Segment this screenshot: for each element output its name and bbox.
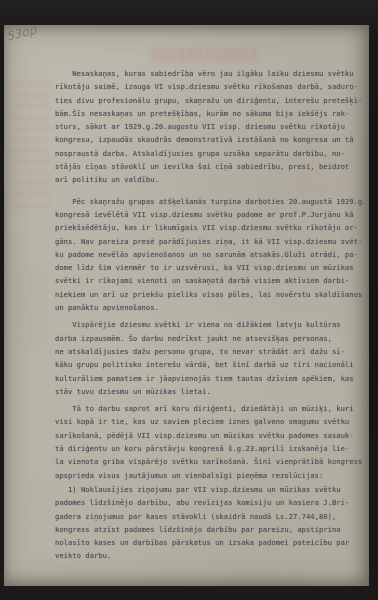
paragraph: 1) Noklausījies ziņojumu par VII visp.dz…: [55, 483, 361, 563]
typewritten-text-block: Nesaskaņas, kuras sabiedrība vēro jau il…: [55, 67, 361, 569]
bleedthrough-smudge: [152, 49, 260, 62]
paragraph: Nesaskaņas, kuras sabiedrība vēro jau il…: [55, 67, 361, 187]
pencil-annotation: 53op: [6, 22, 37, 43]
paragraph: Pēc skaņražu grupas atšķelšanās turpina …: [55, 195, 361, 315]
document-page: 53op Nesaskaņas, kuras sabiedrība vēro j…: [4, 25, 369, 586]
paragraph: Tā to darbu saprot arī koru diriģenti, d…: [55, 402, 361, 482]
paragraph: Vispārējie dziesmu svētki ir viena no di…: [55, 318, 361, 398]
bleedthrough-smudge: [9, 83, 49, 208]
bleedthrough-smudge: [12, 273, 44, 345]
